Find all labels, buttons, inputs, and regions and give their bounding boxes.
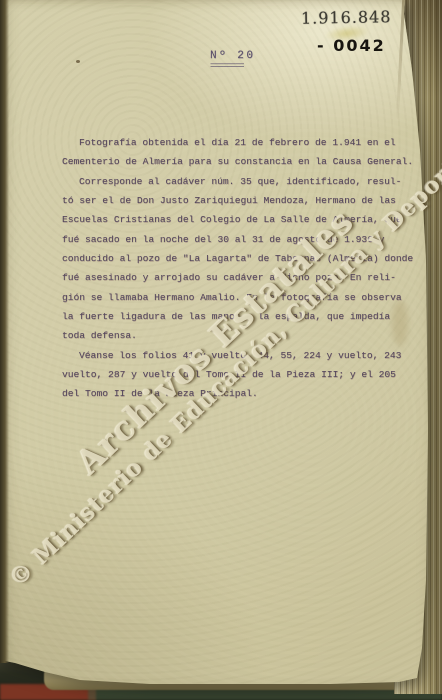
typed-line: del Tomo II de la Pieza Principal. [62, 384, 412, 403]
typed-line: Corresponde al cadáver núm. 35 que, iden… [62, 172, 412, 191]
typed-line: conducido al pozo de "La Lagarta" de Tab… [62, 249, 412, 268]
typed-line: toda defensa. [62, 326, 412, 345]
registry-number-stamp: 1.916.848 [301, 7, 392, 28]
typed-text-block: Fotografía obtenida el día 21 de febrero… [62, 133, 412, 404]
typed-line: Véanse los folios 41 y vuelto, 44, 55, 2… [62, 346, 412, 365]
typed-line: la fuerte ligadura de las manos a la esp… [62, 307, 412, 326]
typed-line: Fotografía obtenida el día 21 de febrero… [62, 133, 412, 152]
typed-line: fué asesinado y arrojado su cadáver a di… [62, 268, 412, 287]
page-wrapper: 1.916.848 - 0042 Nº 20 ========= Fotogra… [0, 0, 442, 700]
scanned-archive-photo: 1.916.848 - 0042 Nº 20 ========= Fotogra… [0, 0, 442, 700]
typed-line: gión se llamaba Hermano Amalio. En la fo… [62, 288, 412, 307]
paragraph-references: Véanse los folios 41 y vuelto, 44, 55, 2… [62, 346, 412, 404]
document-number-underline: ========= [210, 62, 244, 71]
document-page: 1.916.848 - 0042 Nº 20 ========= Fotogra… [0, 0, 442, 700]
document-number: Nº 20 [210, 50, 256, 62]
folio-number-stamp: - 0042 [317, 36, 386, 55]
paper-crease [396, 0, 405, 120]
typed-line: tó ser el de Don Justo Zariquiegui Mendo… [62, 191, 412, 210]
paragraph-photo-caption: Fotografía obtenida el día 21 de febrero… [62, 133, 412, 172]
paragraph-identification: Corresponde al cadáver núm. 35 que, iden… [62, 172, 412, 346]
typed-line: fué sacado en la noche del 30 al 31 de a… [62, 230, 412, 249]
typed-line: Escuelas Cristianas del Colegio de La Sa… [62, 210, 412, 229]
paper-speck [76, 60, 80, 63]
typed-line: Cementerio de Almería para su constancia… [62, 152, 412, 171]
binding-gutter-edge [0, 0, 9, 663]
typed-line: vuelto, 287 y vuelto del Tomo II de la P… [62, 365, 412, 384]
